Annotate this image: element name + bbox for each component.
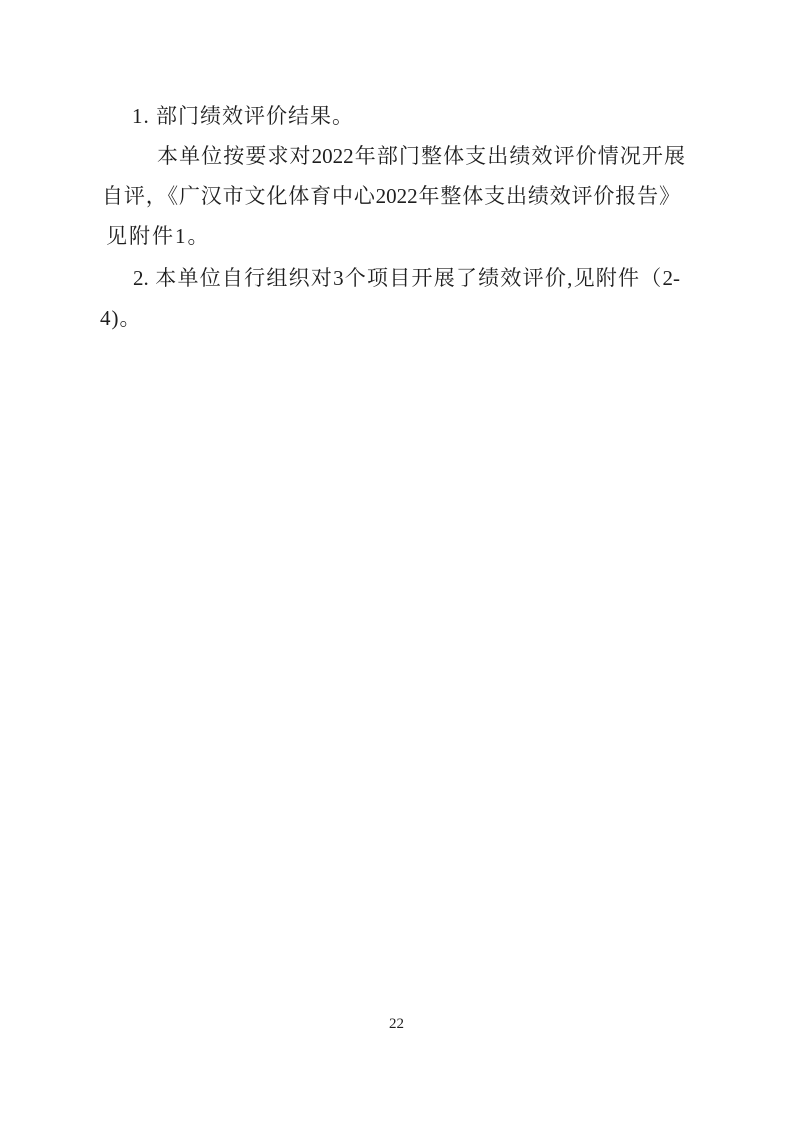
item-2-line-2: 4)。 xyxy=(100,305,142,332)
page-number: 22 xyxy=(0,1015,793,1033)
paragraph-self-evaluation-line-2: 自评，《广汉市文化体育中心2022年整体支出绩效评价报告》 xyxy=(102,183,680,210)
item-2-line-1: 2. 本单位自行组织对3个项目开展了绩效评价,见附件（2- xyxy=(133,265,680,292)
document-page: 1. 部门绩效评价结果。 本单位按要求对2022年部门整体支出绩效评价情况开展 … xyxy=(0,0,793,1122)
paragraph-self-evaluation-line-1: 本单位按要求对2022年部门整体支出绩效评价情况开展 xyxy=(157,143,685,170)
item-1-heading-line: 1. 部门绩效评价结果。 xyxy=(132,103,354,130)
paragraph-self-evaluation-line-3: 见附件1。 xyxy=(106,223,211,250)
